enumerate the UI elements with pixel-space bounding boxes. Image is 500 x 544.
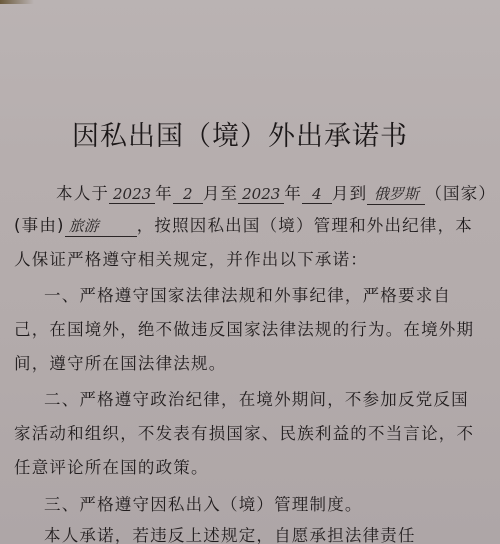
commitment-1-line-1: 一、严格遵守国家法律法规和外事纪律，严格要求自 — [44, 282, 451, 306]
commitment-3-line-1: 三、严格遵守因私出入（境）管理制度。 — [44, 491, 363, 515]
destination-country-field[interactable]: 俄罗斯 — [367, 183, 425, 205]
document-title: 因私出国（境）外出承诺书 — [72, 114, 408, 153]
year-label: 年 — [155, 184, 173, 203]
commitment-2-line-1: 二、严格遵守政治纪律，在境外期间，不参加反党反国 — [44, 386, 469, 410]
intro-line-2: (事由)旅游，按照因私出国（境）管理和外出纪律，本 — [14, 212, 473, 237]
end-year-field[interactable]: 2023 — [238, 185, 284, 204]
intro-line-2-text: ，按照因私出国（境）管理和外出纪律，本 — [137, 216, 473, 235]
commitment-1-line-2: 己，在国境外，绝不做违反国家法律法规的行为。在境外期 — [14, 316, 474, 340]
country-suffix: （国家） — [425, 184, 496, 203]
month-to-label: 月至 — [203, 184, 238, 203]
intro-line-1: 本人于2023年2月至2023年4月到俄罗斯（国家） — [56, 180, 496, 205]
start-month-field[interactable]: 2 — [173, 185, 203, 204]
month-to-label: 月到 — [332, 184, 367, 203]
end-month-field[interactable]: 4 — [302, 185, 332, 204]
intro-prefix: 本人于 — [56, 184, 109, 203]
commitment-2-line-3: 任意评论所在国的政策。 — [14, 454, 209, 478]
travel-reason-field[interactable]: 旅游 — [65, 215, 137, 237]
start-year-field[interactable]: 2023 — [109, 185, 155, 204]
intro-line-3: 人保证严格遵守相关规定，并作出以下承诺： — [14, 246, 368, 270]
year-label: 年 — [284, 184, 302, 203]
reason-label: (事由) — [14, 216, 65, 235]
commitment-letter-page: 因私出国（境）外出承诺书 本人于2023年2月至2023年4月到俄罗斯（国家） … — [0, 0, 500, 544]
closing-statement: 本人承诺，若违反上述规定，自愿承担法律责任 — [44, 522, 416, 544]
commitment-2-line-2: 家活动和组织，不发表有损国家、民族利益的不当言论，不 — [14, 420, 474, 444]
commitment-1-line-3: 间，遵守所在国法律法规。 — [14, 350, 226, 374]
